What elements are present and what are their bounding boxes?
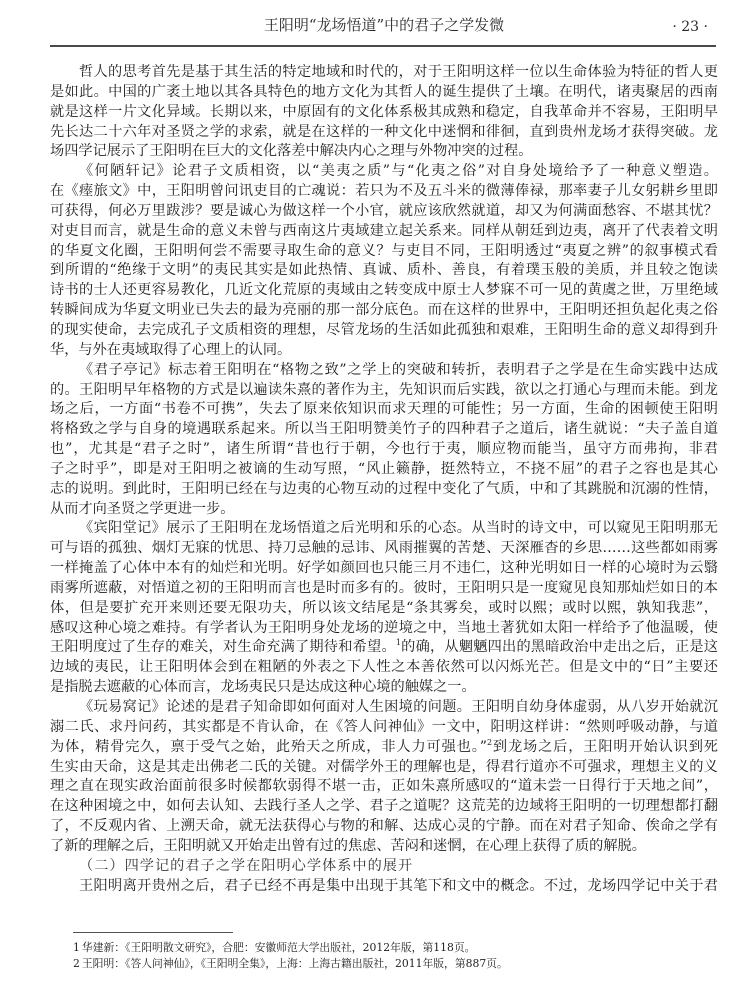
text-line: 可与语的孤独、烟灯无寐的忧思、持刀忌触的忌讳、风雨摧翼的苦楚、天深雁杳的乡思……… <box>50 539 718 559</box>
text-line: 了新的理解之后，王阳明就又开始走出曾有过的焦虑、苦闷和迷惘，在心理上获得了质的解… <box>50 837 718 857</box>
text-line: 的。王阳明早年格物的方式是以遍读朱熹的著作为主，先知识而后实践，欲以之打通心与理… <box>50 381 718 401</box>
header-rule <box>50 45 716 47</box>
text-line: 一样掩盖了心体中本有的灿烂和光明。好学如颜回也只能三月不违仁，这种光明如日一样的… <box>50 559 718 579</box>
text-line: 将格致之学与自身的境遇联系起来。所以当王阳明赞美竹子的四种君子之道后，诸生就说：… <box>50 420 718 440</box>
text-line: 《何陋轩记》论君子文质相资，以“美夷之质”与“化夷之俗”对自身处境给予了一种意义… <box>50 162 718 182</box>
page-number: · 23 · <box>652 16 708 38</box>
footnote-number: 1 <box>73 941 80 954</box>
text-line: 志的说明。到此时，王阳明已经在与边夷的心物互动的过程中变化了气质，中和了其跳脱和… <box>50 480 718 500</box>
text-line: 转瞬间成为华夏文明业已失去的最为亮丽的那一部分底色。而在这样的世界中，王阳明还担… <box>50 301 718 321</box>
paragraph: 《宾阳堂记》展示了王阳明在龙场悟道之后光明和乐的心态。从当时的诗文中，可以窥见王… <box>50 519 718 698</box>
article-body: 哲人的思考首先是基于其生活的特定地域和时代的，对于王阳明这样一位以生命体验为特征… <box>50 63 718 896</box>
running-title: 王阳明“龙场悟道”中的君子之学发微 <box>258 14 510 36</box>
section-heading: （二）四学记的君子之学在阳明心学体系中的展开 <box>50 857 718 877</box>
paragraph: 《玩易窝记》论述的是君子知命即如何面对人生困境的问题。王阳明自幼身体虚弱，从八岁… <box>50 698 718 857</box>
paragraph: 《何陋轩记》论君子文质相资，以“美夷之质”与“化夷之俗”对自身处境给予了一种意义… <box>50 162 718 360</box>
text-line: 的现实使命，去完成孔子文质相资的理想，尽管龙场的生活如此孤独和艰难，王阳明生命的… <box>50 321 718 341</box>
footnote: 1华建新：《王阳明散文研究》，合肥：安徽师范大学出版社，2012年版，第118页… <box>73 940 693 956</box>
paragraph: 王阳明离开贵州之后，君子已经不再是集中出现于其笔下和文中的概念。不过，龙场四学记… <box>50 877 718 897</box>
text-line: 边域的夷民，让王阳明体会到在粗陋的外表之下人性之本善依然可以闪烁光芒。但是文中的… <box>50 658 718 678</box>
text-line: 雨雾所遮蔽，对悟道之初的王阳明而言也是时而多有的。彼时，王阳明只是一度窥见良知那… <box>50 579 718 599</box>
text-line: 从而才向圣贤之学更进一步。 <box>50 500 718 520</box>
text-line: 在这种困境之中，如何去认知、去践行圣人之学、君子之道呢？这荒芜的边域将王阳明的一… <box>50 797 718 817</box>
footnote-rule <box>73 932 233 933</box>
text-line: 可获得，何必万里跋涉？要是诚心为做这样一个小官，就应该欣然就道，却又为何满面愁容… <box>50 202 718 222</box>
text-line: 感叹这种心境之难持。有学者认为王阳明身处龙场的逆境之中，当地土著犹如太阳一样给予… <box>50 619 718 639</box>
page-header: 王阳明“龙场悟道”中的君子之学发微 · 23 · <box>0 0 750 50</box>
footnote-text: 华建新：《王阳明散文研究》，合肥：安徽师范大学出版社，2012年版，第118页。 <box>82 941 476 954</box>
text-segment: 为体，精骨完久，禀于受气之始，此殆天之所成，非人力可强也。” <box>50 739 487 755</box>
footnote-text: 王阳明：《答人问神仙》，《王阳明全集》，上海：上海古籍出版社，2011年版，第8… <box>82 957 508 970</box>
text-line: 王阳明离开贵州之后，君子已经不再是集中出现于其笔下和文中的概念。不过，龙场四学记… <box>50 877 718 897</box>
text-line: 《君子亭记》标志着王阳明在“格物之致”之学上的突破和转折，表明君子之学是在生命实… <box>50 361 718 381</box>
text-line: 体，但是要扩充开来则还要无限功夫，所以该文结尾是“条其雾矣，或时以熙；或时以熙，… <box>50 599 718 619</box>
text-segment: 王阳明度过了生存的难关，对生命充满了期待和希望。 <box>50 639 396 655</box>
text-segment: 到龙场之后，王阳明开始认识到死 <box>492 739 718 755</box>
text-line: 溺二氏、求丹问药，其实都是不肯认命，在《答人问神仙》一文中，阳明这样讲：“然则呼… <box>50 718 718 738</box>
text-segment: 的确，从魍魉四出的黑暗政治中走出之后，正是这 <box>401 639 718 655</box>
text-line: 也”，尤其是“君子之时”，诸生所谓“昔也行于朝，今也行于夷，顺应物而能当，虽守方… <box>50 440 718 460</box>
text-line: 先长达二十六年对圣贤之学的求索，就是在这样的一种文化中迷惘和徘徊，直到贵州龙场才… <box>50 123 718 143</box>
text-line: 的华夏文化圈，王阳明何尝不需要寻取生命的意义？与吏目不同，王阳明透过“夷夏之辨”… <box>50 242 718 262</box>
paragraph: 《君子亭记》标志着王阳明在“格物之致”之学上的突破和转折，表明君子之学是在生命实… <box>50 361 718 520</box>
paragraph: 哲人的思考首先是基于其生活的特定地域和时代的，对于王阳明这样一位以生命体验为特征… <box>50 63 718 162</box>
text-line: 场之后，一方面“书卷不可携”，失去了原来依知识而求天理的可能性；另一方面，生命的… <box>50 400 718 420</box>
text-line: 诗书的士人还更容易教化，几近文化荒原的夷域由之转变成中原士人梦寐不可一见的黄虞之… <box>50 281 718 301</box>
text-line: 在《瘗旅文》中，王阳明曾问讯吏目的亡魂说：若只为不及五斗米的微薄俸禄，那率妻子儿… <box>50 182 718 202</box>
text-line: 是指脱去遮蔽的心体而言，龙场夷民只是达成这种心境的触媒之一。 <box>50 678 718 698</box>
text-line: 哲人的思考首先是基于其生活的特定地域和时代的，对于王阳明这样一位以生命体验为特征… <box>50 63 718 83</box>
text-line: 是如此。中国的广袤土地以其各具特色的地方文化为其哲人的诞生提供了土壤。在明代，诸… <box>50 83 718 103</box>
text-line: 华，与外在夷域取得了心理上的认同。 <box>50 341 718 361</box>
text-line: 对吏目而言，就是生命的意义未曾与西南这片夷域建立起关系来。同样从朝廷到边夷，离开… <box>50 222 718 242</box>
text-line: 理之直在现实政治面前很多时候都软弱得不堪一击，正如朱熹所感叹的“道未尝一日得行于… <box>50 777 718 797</box>
text-line: 子之时乎”，即是对王阳明之被谪的生动写照，“风止籁静，挺然特立，不挠不屈”的君子… <box>50 460 718 480</box>
text-line: 到所谓的“绝缘于文明”的夷民其实是如此热情、真诚、质朴、善良，有着璞玉般的美质，… <box>50 261 718 281</box>
text-line: 《玩易窝记》论述的是君子知命即如何面对人生困境的问题。王阳明自幼身体虚弱，从八岁… <box>50 698 718 718</box>
text-line: 生实由天命，这是其走出佛老二氏的关键。对儒学外王的理解也是，得君行道亦不可强求，… <box>50 758 718 778</box>
footnote-number: 2 <box>73 957 80 970</box>
text-line: 了，不反观内省、上溯天命，就无法获得心与物的和解、达成心灵的宁静。而在对君子知命… <box>50 817 718 837</box>
text-line: 《宾阳堂记》展示了王阳明在龙场悟道之后光明和乐的心态。从当时的诗文中，可以窥见王… <box>50 519 718 539</box>
text-line: 为体，精骨完久，禀于受气之始，此殆天之所成，非人力可强也。”2到龙场之后，王阳明… <box>50 738 718 758</box>
text-line: 就是这样一片文化异域。长期以来，中原固有的文化体系极其成熟和稳定，自我革命并不容… <box>50 103 718 123</box>
text-line: 场四学记展示了王阳明在巨大的文化落差中解决内心之理与外物冲突的过程。 <box>50 142 718 162</box>
footnotes: 1华建新：《王阳明散文研究》，合肥：安徽师范大学出版社，2012年版，第118页… <box>73 940 693 972</box>
text-line: 王阳明度过了生存的难关，对生命充满了期待和希望。1的确，从魍魉四出的黑暗政治中走… <box>50 638 718 658</box>
footnote: 2王阳明：《答人问神仙》，《王阳明全集》，上海：上海古籍出版社，2011年版，第… <box>73 956 693 972</box>
